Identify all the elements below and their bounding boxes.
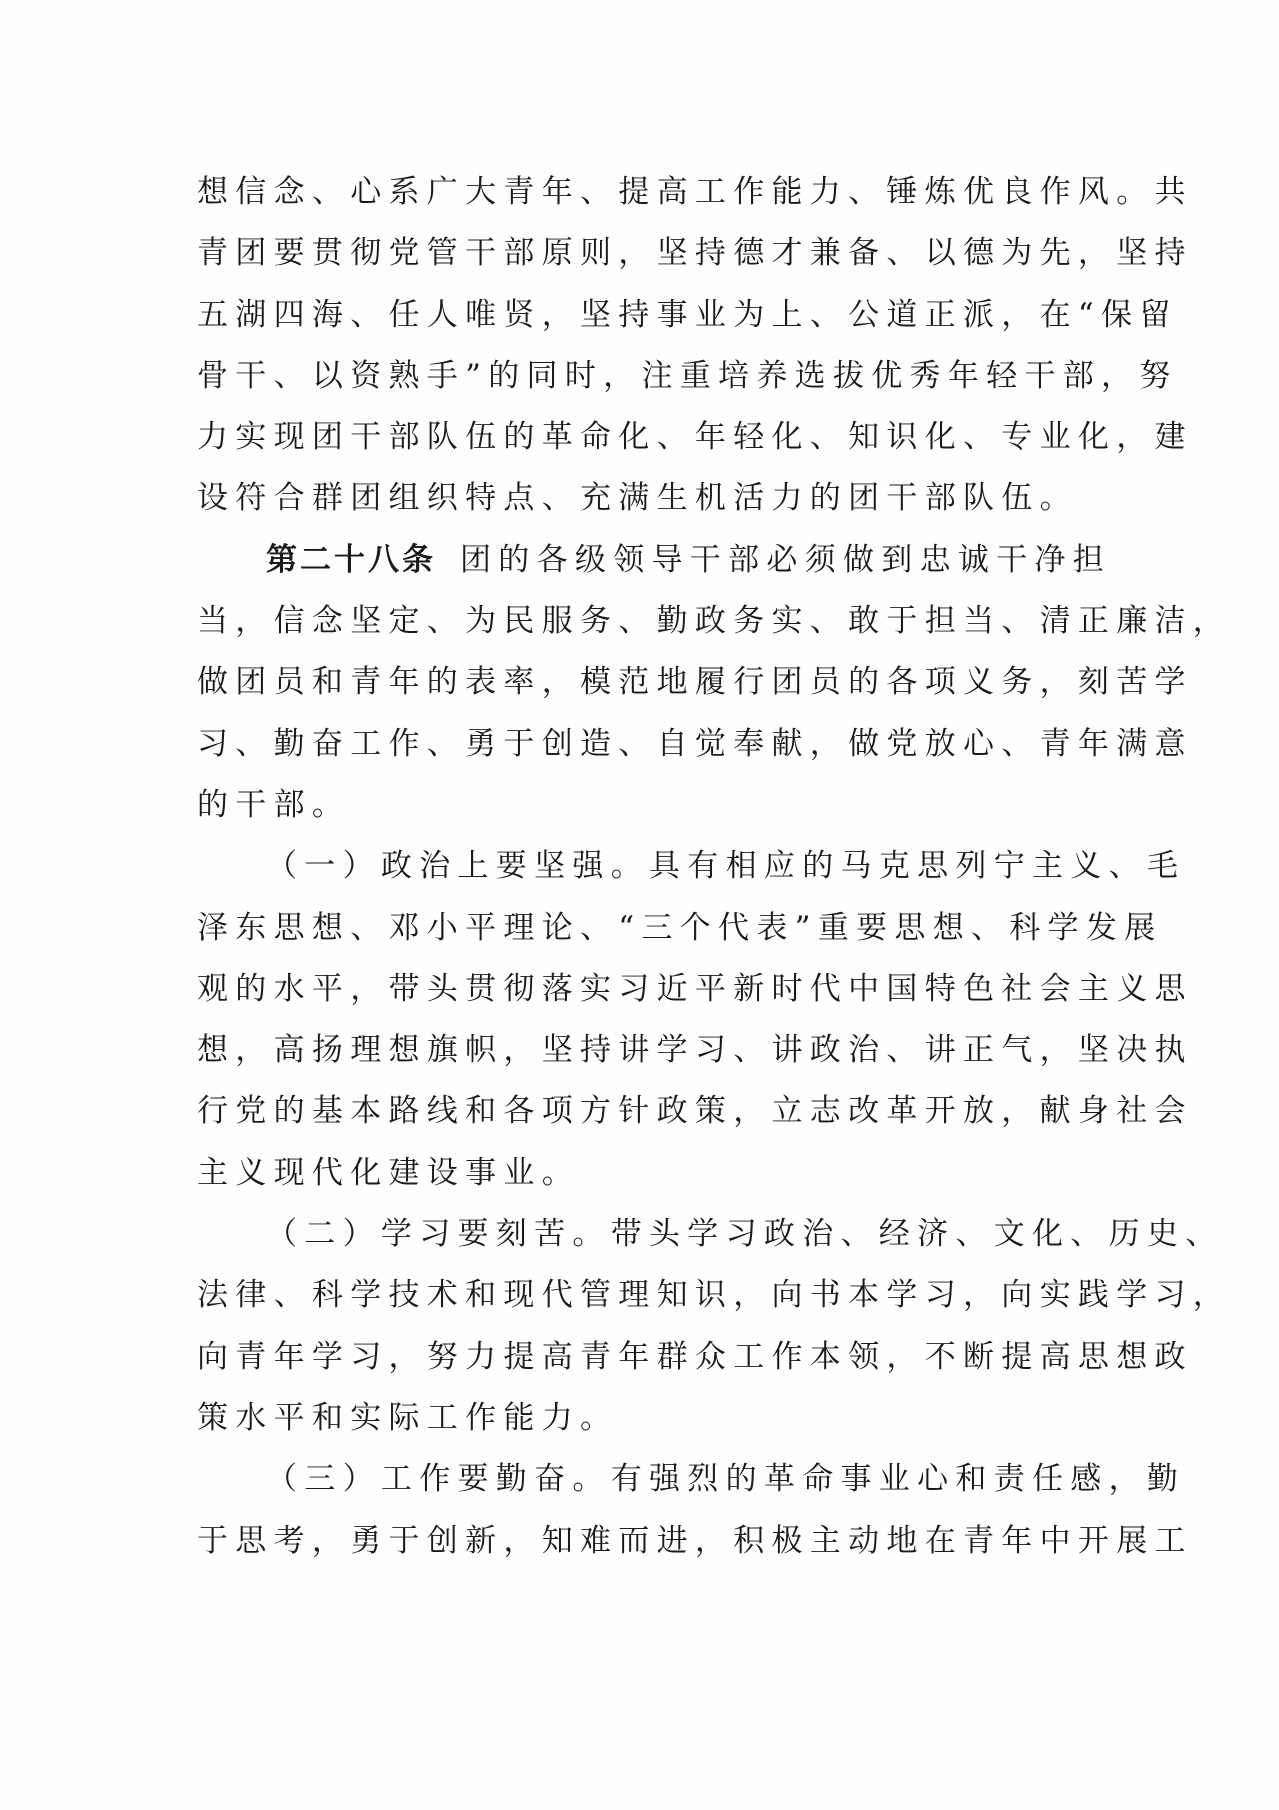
text-line: 五湖四海、任人唯贤，坚持事业为上、公道正派，在“保留 (197, 285, 1087, 346)
text-line: 行党的基本路线和各项方针政策，立志改革开放，献身社会 (197, 1081, 1087, 1142)
text-line: 骨干、以资熟手”的同时，注重培养选拔优秀年轻干部，努 (197, 346, 1087, 407)
text-line: 的干部。 (197, 775, 1087, 836)
text-line: （三）工作要勤奋。有强烈的革命事业心和责任感，勤 (197, 1449, 1087, 1510)
text-line: 观的水平，带头贯彻落实习近平新时代中国特色社会主义思 (197, 959, 1087, 1020)
text-line: 青团要贯彻党管干部原则，坚持德才兼备、以德为先，坚持 (197, 223, 1087, 284)
text-line: 当，信念坚定、为民服务、勤政务实、敢于担当、清正廉洁， (197, 591, 1087, 652)
text-line: 法律、科学技术和现代管理知识，向书本学习，向实践学习， (197, 1265, 1087, 1326)
text-line: 向青年学习，努力提高青年群众工作本领，不断提高思想政 (197, 1327, 1087, 1388)
paragraph-item-1-political: （一）政治上要坚强。具有相应的马克思列宁主义、毛 泽东思想、邓小平理论、“三个代… (197, 836, 1087, 1204)
text-line: （二）学习要刻苦。带头学习政治、经济、文化、历史、 (197, 1204, 1087, 1265)
text-line: （一）政治上要坚强。具有相应的马克思列宁主义、毛 (197, 836, 1087, 897)
text-line: 第二十八条团的各级领导干部必须做到忠诚干净担 (197, 530, 1087, 591)
paragraph-item-3-work: （三）工作要勤奋。有强烈的革命事业心和责任感，勤 于思考，勇于创新，知难而进，积… (197, 1449, 1087, 1572)
text-line: 策水平和实际工作能力。 (197, 1388, 1087, 1449)
text-line: 想信念、心系广大青年、提高工作能力、锤炼优良作风。共 (197, 162, 1087, 223)
text-line: 做团员和青年的表率，模范地履行团员的各项义务，刻苦学 (197, 652, 1087, 713)
paragraph-item-2-study: （二）学习要刻苦。带头学习政治、经济、文化、历史、 法律、科学技术和现代管理知识… (197, 1204, 1087, 1449)
text-line: 力实现团干部队伍的革命化、年轻化、知识化、专业化，建 (197, 407, 1087, 468)
text-line: 于思考，勇于创新，知难而进，积极主动地在青年中开展工 (197, 1511, 1087, 1572)
text-line: 习、勤奋工作、勇于创造、自觉奉献，做党放心、青年满意 (197, 714, 1087, 775)
text-line-content: 团的各级领导干部必须做到忠诚干净担 (460, 542, 1111, 578)
text-line: 主义现代化建设事业。 (197, 1143, 1087, 1204)
text-line: 想，高扬理想旗帜，坚持讲学习、讲政治、讲正气，坚决执 (197, 1020, 1087, 1081)
article-heading: 第二十八条 (266, 542, 436, 578)
paragraph-article-28: 第二十八条团的各级领导干部必须做到忠诚干净担 当，信念坚定、为民服务、勤政务实、… (197, 530, 1087, 836)
paragraph-cadre-principles: 想信念、心系广大青年、提高工作能力、锤炼优良作风。共 青团要贯彻党管干部原则，坚… (197, 162, 1087, 530)
text-line: 泽东思想、邓小平理论、“三个代表”重要思想、科学发展 (197, 898, 1087, 959)
text-line: 设符合群团组织特点、充满生机活力的团干部队伍。 (197, 468, 1087, 529)
document-page: 想信念、心系广大青年、提高工作能力、锤炼优良作风。共 青团要贯彻党管干部原则，坚… (197, 162, 1087, 1572)
